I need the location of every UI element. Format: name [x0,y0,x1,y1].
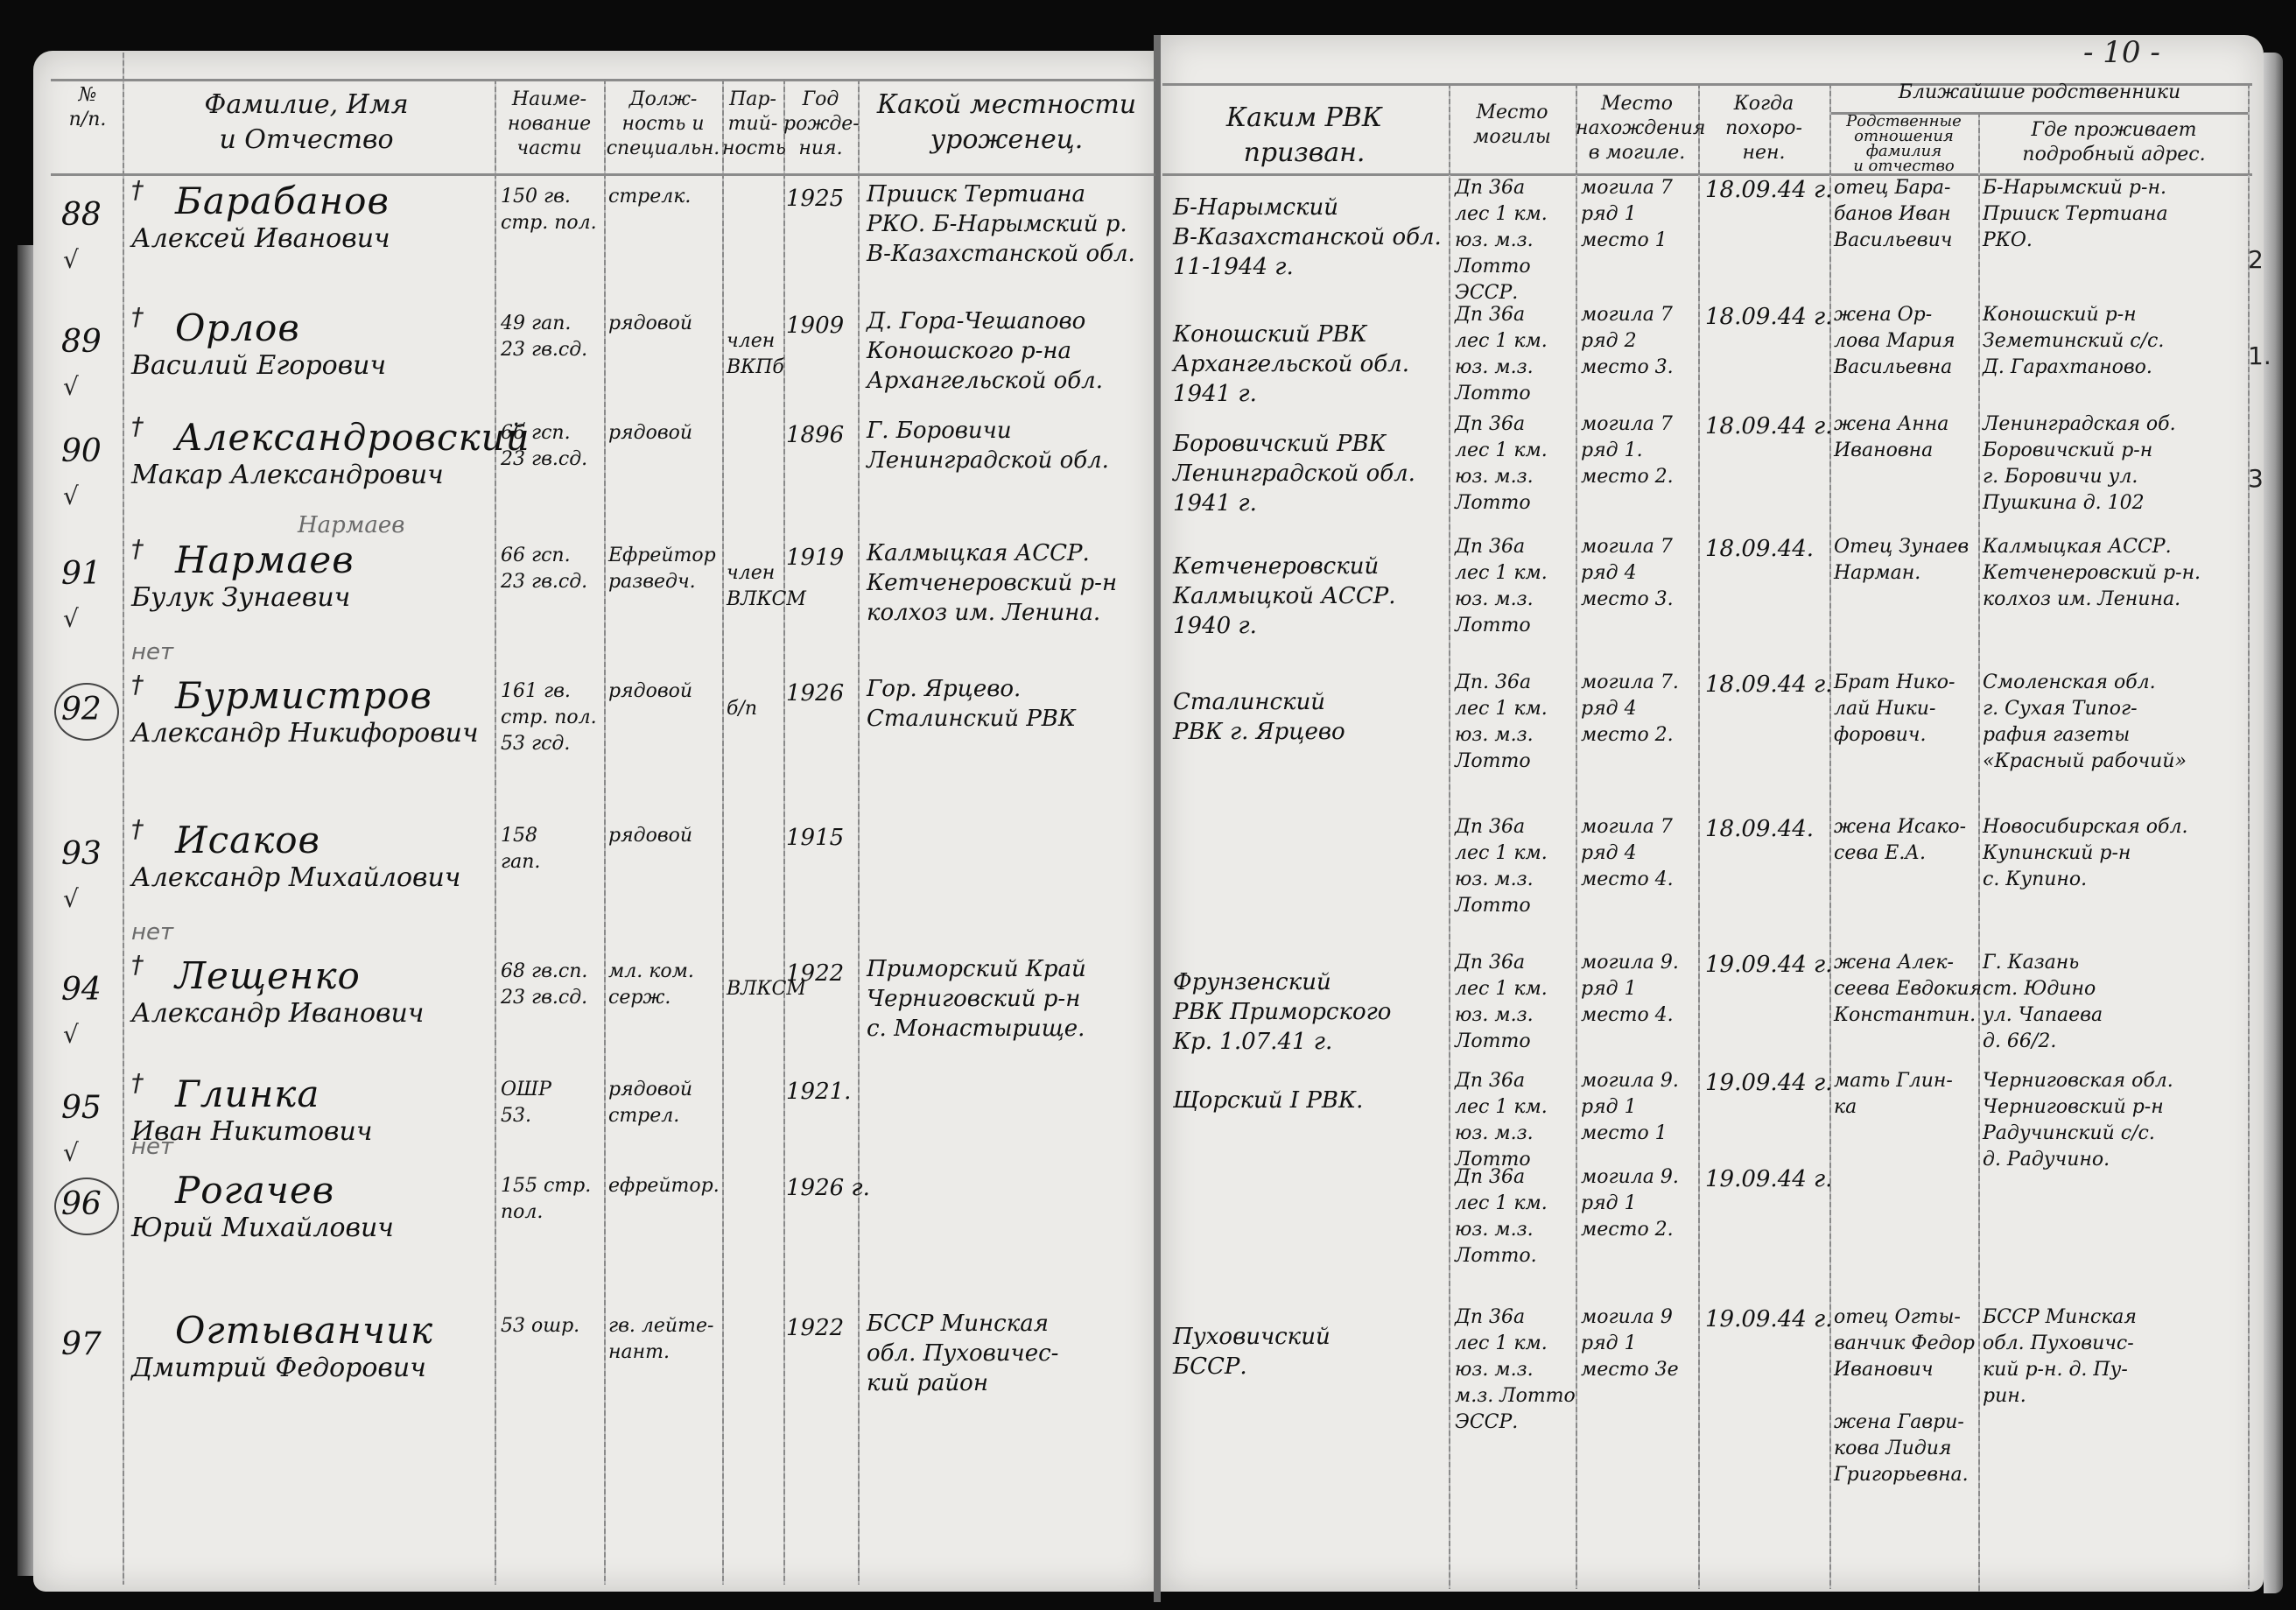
col-rule [1978,112,1980,1592]
burial-date: 18.09.44 г. [1705,302,1832,332]
surname: Лещенко [175,954,361,997]
grave-location: могила 7 ряд 2 место 3. [1581,302,1674,381]
birth-year: 1926 г. [786,1173,870,1203]
relative: отец Огты- ванчик Федор Иванович жена Га… [1834,1304,1975,1488]
burial-place: Дп 36а лес 1 км. юз. м.з. Лотто [1455,1068,1548,1173]
row-number: 95 [61,1090,102,1126]
book-spine [1154,35,1161,1602]
surname: Александровский [175,416,530,459]
surname: Барабанов [175,179,390,222]
check-mark-icon: √ [63,482,79,510]
drafted-by: Пуховичский БССР. [1173,1322,1331,1382]
burial-place: Дп 36а лес 1 км. юз. м.з. Лотто ЭССР. [1455,175,1548,306]
relative: Брат Нико- лай Ники- форович. [1834,670,1955,749]
burial-date: 18.09.44. [1705,534,1814,564]
address: Черниговская обл. Черниговский р-н Радуч… [1983,1068,2173,1173]
unit: 150 гв. стр. пол. [501,184,597,236]
burial-date: 19.09.44 г. [1705,1068,1832,1098]
header-post: Долж- ность и специальн. [604,88,722,161]
unit: 49 гап. 23 гв.сд. [501,311,587,363]
col-rule [123,53,124,1585]
given-names: Александр Никифорович [131,718,479,749]
birth-year: 1919 [786,543,844,573]
check-mark-icon: √ [63,884,79,913]
given-names: Юрий Михайлович [131,1213,394,1243]
row-number: 91 [61,556,102,592]
given-names: Булук Зунаевич [131,582,350,613]
post: рядовой [608,420,692,446]
strike-note: нет [131,1134,173,1160]
party: член ВКПб [727,328,784,381]
header-number: № п/п. [53,83,123,132]
burial-date: 19.09.44 г. [1705,1164,1832,1194]
given-names: Александр Михайлович [131,862,460,893]
grave-location: могила 7 ряд 1 место 1 [1581,175,1673,254]
address: БССР Минская обл. Пуховичс- кий р-н. д. … [1983,1304,2137,1410]
burial-date: 18.09.44 г. [1705,411,1832,441]
birth-year: 1921. [786,1077,851,1107]
birth-year: 1915 [786,823,844,853]
circled-number-mark [54,1178,119,1235]
check-mark-icon: √ [63,1138,79,1167]
surname: Исаков [175,819,320,861]
header-birth-year: Год рожде- ния. [783,88,858,161]
header-relation: Родственные отношения фамилия и отчество [1829,114,1978,173]
header-origin: Какой местности уроженец. [867,88,1147,158]
header-address: Где проживает подробный адрес. [1978,118,2250,167]
drafted-by: Щорский I РВК. [1173,1086,1363,1115]
birth-year: 1925 [786,184,844,214]
header-grave-location: Место нахождения в могиле. [1576,92,1698,165]
header-bottom-rule-left [51,173,1155,176]
header-burial-place: Место могилы [1449,101,1576,150]
unit: ОШР 53. [501,1077,551,1129]
relative: Отец Зунаев Нарман. [1834,534,1969,587]
birth-year: 1926 [786,678,844,708]
surname: Орлов [175,306,300,349]
grave-location: могила 9. ряд 1 место 4. [1581,950,1679,1029]
cross-icon: † [131,411,144,440]
surname-pencil-note: Нармаев [298,512,404,538]
check-mark-icon: √ [63,372,79,401]
col-rule [2248,83,2250,1589]
unit: 161 гв. стр. пол. 53 гсд. [501,678,597,757]
post: стрелк. [608,184,691,210]
cross-icon: † [131,175,144,204]
surname: Глинка [175,1072,319,1115]
address: Коношский р-н Земетинский с/с. Д. Гарахт… [1983,302,2164,381]
post: гв. лейте- нант. [608,1313,713,1366]
cross-icon: † [131,1068,144,1097]
drafted-by: Фрунзенский РВК Приморского Кр. 1.07.41 … [1173,967,1391,1057]
col-rule [1698,83,1700,1589]
given-names: Василий Егорович [131,350,386,381]
header-party: Пар- тий- ность [722,88,783,161]
burial-place: Дп. 36а лес 1 км. юз. м.з. Лотто [1455,670,1548,775]
header-unit: Наиме- нование части [495,88,604,161]
relative: отец Бара- банов Иван Васильевич [1834,175,1952,254]
col-rule [722,79,724,1585]
burial-place: Дп 36а лес 1 км. юз. м.з. Лотто [1455,950,1548,1055]
burial-place: Дп 36а лес 1 км. юз. м.з. Лотто [1455,302,1548,407]
birth-year: 1896 [786,420,844,450]
grave-location: могила 9. ряд 1 место 2. [1581,1164,1679,1243]
circled-number-mark [54,683,119,741]
cross-icon: † [131,302,144,331]
relative: жена Алек- сеева Евдокия Константин. [1834,950,1982,1029]
relative: жена Ор- лова Мария Васильевна [1834,302,1955,381]
drafted-by: Б-Нарымский В-Казахстанской обл. 11-1944… [1173,193,1442,282]
given-names: Александр Иванович [131,998,424,1029]
given-names: Алексей Иванович [131,223,390,254]
burial-place: Дп 36а лес 1 км. юз. м.з. Лотто. [1455,1164,1548,1269]
surname: Нармаев [175,538,355,581]
col-rule [783,79,785,1585]
post: Ефрейтор разведч. [608,543,716,595]
col-rule [495,79,496,1585]
row-number: 93 [61,836,102,872]
cross-icon: † [131,670,144,699]
check-mark-icon: √ [63,245,79,274]
relative: жена Исако- сева Е.А. [1834,814,1966,867]
post: мл. ком. серж. [608,959,694,1011]
grave-location: могила 7. ряд 4 место 2. [1581,670,1679,749]
header-drafted-by: Каким РВК призван. [1173,101,1436,171]
post: рядовой [608,823,692,849]
row-number: 94 [61,972,102,1008]
post: рядовой [608,311,692,337]
header-name: Фамилие, Имя и Отчество [131,88,481,158]
cross-icon: † [131,814,144,843]
row-number: 89 [61,324,102,360]
header-top-rule-left [51,79,1155,81]
unit: 53 ошр. [501,1313,579,1339]
burial-place: Дп 36а лес 1 км. юз. м.з. Лотто [1455,814,1548,919]
birth-year: 1909 [786,311,844,341]
burial-place: Дп 36а лес 1 км. юз. м.з. Лотто [1455,534,1548,639]
relative: мать Глин- ка [1834,1068,1953,1121]
birth-year: 1922 [786,1313,844,1343]
col-rule [1449,83,1450,1589]
margin-mark: 2 [2248,245,2264,274]
drafted-by: Боровичский РВК Ленинградской обл. 1941 … [1173,429,1415,518]
book-edge-right [2264,53,2283,1593]
post: ефрейтор. [608,1173,720,1199]
book-edge-left [18,245,35,1576]
burial-date: 19.09.44 г. [1705,1304,1832,1334]
birth-year: 1922 [786,959,844,988]
address: Ленинградская об. Боровичский р-н г. Бор… [1983,411,2176,517]
row-number: 88 [61,197,102,233]
origin: БССР Минская обл. Пуховичес- кий район [867,1309,1058,1398]
burial-date: 18.09.44 г. [1705,175,1832,205]
row-number: 97 [61,1326,102,1362]
address: Б-Нарымский р-н. Прииск Тертиана РКО. [1983,175,2168,254]
given-names: Макар Александрович [131,460,444,490]
surname: Рогачев [175,1169,334,1212]
grave-location: могила 9. ряд 1 место 1 [1581,1068,1679,1147]
page-number: - 10 - [2083,35,2160,70]
header-burial-date: Когда похоро- нен. [1698,92,1829,165]
header-relatives-group: Ближайшие родственники [1829,81,2250,105]
margin-mark: 1. [2248,341,2271,370]
col-rule [604,79,606,1585]
margin-mark: 3 [2248,464,2264,493]
row-number: 90 [61,433,102,469]
relative: жена Анна Ивановна [1834,411,1948,464]
post: рядовой [608,678,692,705]
col-rule [858,79,860,1585]
origin: Приморский Край Черниговский р-н с. Мона… [867,954,1086,1044]
grave-location: могила 9 ряд 1 место 3е [1581,1304,1679,1383]
party: б/п [727,696,757,722]
strike-note: нет [131,639,173,665]
unit: 155 стр. пол. [501,1173,591,1226]
drafted-by: Коношский РВК Архангельской обл. 1941 г. [1173,320,1409,409]
check-mark-icon: √ [63,1020,79,1049]
unit: 66 гсп. 23 гв.сд. [501,543,587,595]
address: Смоленская обл. г. Сухая Типог- рафия га… [1983,670,2187,775]
surname: Бурмистров [175,674,432,717]
check-mark-icon: √ [63,604,79,633]
address: Калмыцкая АССР. Кетченеровский р-н. колх… [1983,534,2201,613]
cross-icon: † [131,950,144,979]
grave-location: могила 7 ряд 1. место 2. [1581,411,1674,490]
burial-date: 18.09.44 г. [1705,670,1832,700]
unit: 158 гап. [501,823,540,875]
given-names: Дмитрий Федорович [131,1353,426,1383]
col-rule [1576,83,1577,1589]
surname: Огтыванчик [175,1309,433,1352]
origin: Г. Боровичи Ленинградской обл. [867,416,1109,475]
origin: Калмыцкая АССР. Кетченеровский р-н колхо… [867,538,1117,628]
unit: 68 гв.сп. 23 гв.сд. [501,959,587,1011]
burial-date: 19.09.44 г. [1705,950,1832,980]
burial-place: Дп 36а лес 1 км. юз. м.з. м.з. Лотто ЭСС… [1455,1304,1576,1436]
strike-note: нет [131,919,173,946]
unit: 66 гсп. 23 гв.сд. [501,420,587,473]
origin: Д. Гора-Чешапово Коношского р-на Арханге… [867,306,1103,396]
drafted-by: Сталинский РВК г. Ярцево [1173,687,1345,747]
post: рядовой стрел. [608,1077,692,1129]
burial-date: 18.09.44. [1705,814,1814,844]
origin: Гор. Ярцево. Сталинский РВК [867,674,1076,734]
grave-location: могила 7 ряд 4 место 4. [1581,814,1674,893]
origin: Прииск Тертиана РКО. Б-Нарымский р. В-Ка… [867,179,1135,269]
drafted-by: Кетченеровский Калмыцкой АССР. 1940 г. [1173,552,1395,641]
burial-place: Дп 36а лес 1 км. юз. м.з. Лотто [1455,411,1548,517]
cross-icon: † [131,534,144,563]
grave-location: могила 7 ряд 4 место 3. [1581,534,1674,613]
address: Г. Казань ст. Юдино ул. Чапаева д. 66/2. [1983,950,2103,1055]
address: Новосибирская обл. Купинский р-н с. Купи… [1983,814,2187,893]
